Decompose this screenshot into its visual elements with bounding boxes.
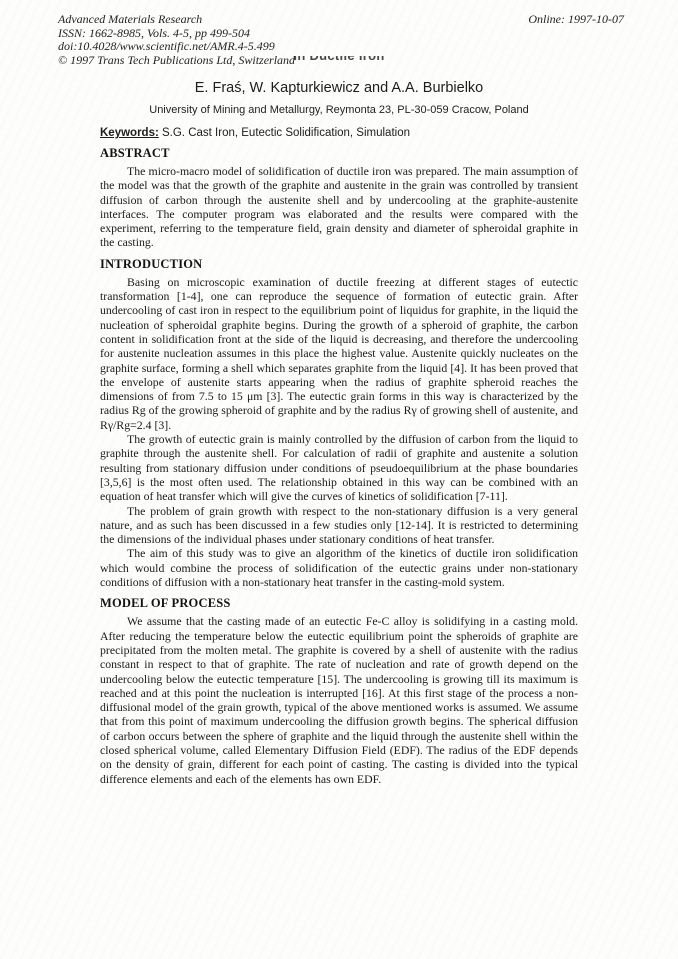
section-paragraph: The aim of this study was to give an alg… <box>100 546 578 589</box>
section-paragraph: We assume that the casting made of an eu… <box>100 614 578 786</box>
affiliation-line: University of Mining and Metallurgy, Rey… <box>79 104 599 116</box>
authors-line: E. Fraś, W. Kapturkiewicz and A.A. Burbi… <box>100 80 578 96</box>
article-title-fragment: In Ductile Iron <box>100 56 578 64</box>
online-date: Online: 1997-10-07 <box>528 13 624 27</box>
section-paragraph: The micro-macro model of solidification … <box>100 164 578 250</box>
journal-title: Advanced Materials Research <box>58 13 202 27</box>
sections-container: ABSTRACTThe micro-macro model of solidif… <box>100 146 578 786</box>
section-paragraph: The growth of eutectic grain is mainly c… <box>100 432 578 503</box>
header-row: Advanced Materials Research Online: 1997… <box>58 13 624 27</box>
article-body-column: Keywords: S.G. Cast Iron, Eutectic Solid… <box>100 127 578 786</box>
keywords-value: S.G. Cast Iron, Eutectic Solidification,… <box>162 127 410 139</box>
keywords-line: Keywords: S.G. Cast Iron, Eutectic Solid… <box>100 127 578 139</box>
scanned-paper-page: Advanced Materials Research Online: 1997… <box>0 0 678 959</box>
issn-line: ISSN: 1662-8985, Vols. 4-5, pp 499-504 <box>58 27 624 41</box>
keywords-label: Keywords: <box>100 127 159 139</box>
section-paragraph: Basing on microscopic examination of duc… <box>100 275 578 432</box>
section-heading: INTRODUCTION <box>100 257 578 272</box>
section-paragraph: The problem of grain growth with respect… <box>100 504 578 547</box>
section-heading: ABSTRACT <box>100 146 578 161</box>
cropped-article-title: In Ductile Iron <box>100 56 578 64</box>
section-heading: MODEL OF PROCESS <box>100 596 578 611</box>
doi-line: doi:10.4028/www.scientific.net/AMR.4-5.4… <box>58 40 624 54</box>
